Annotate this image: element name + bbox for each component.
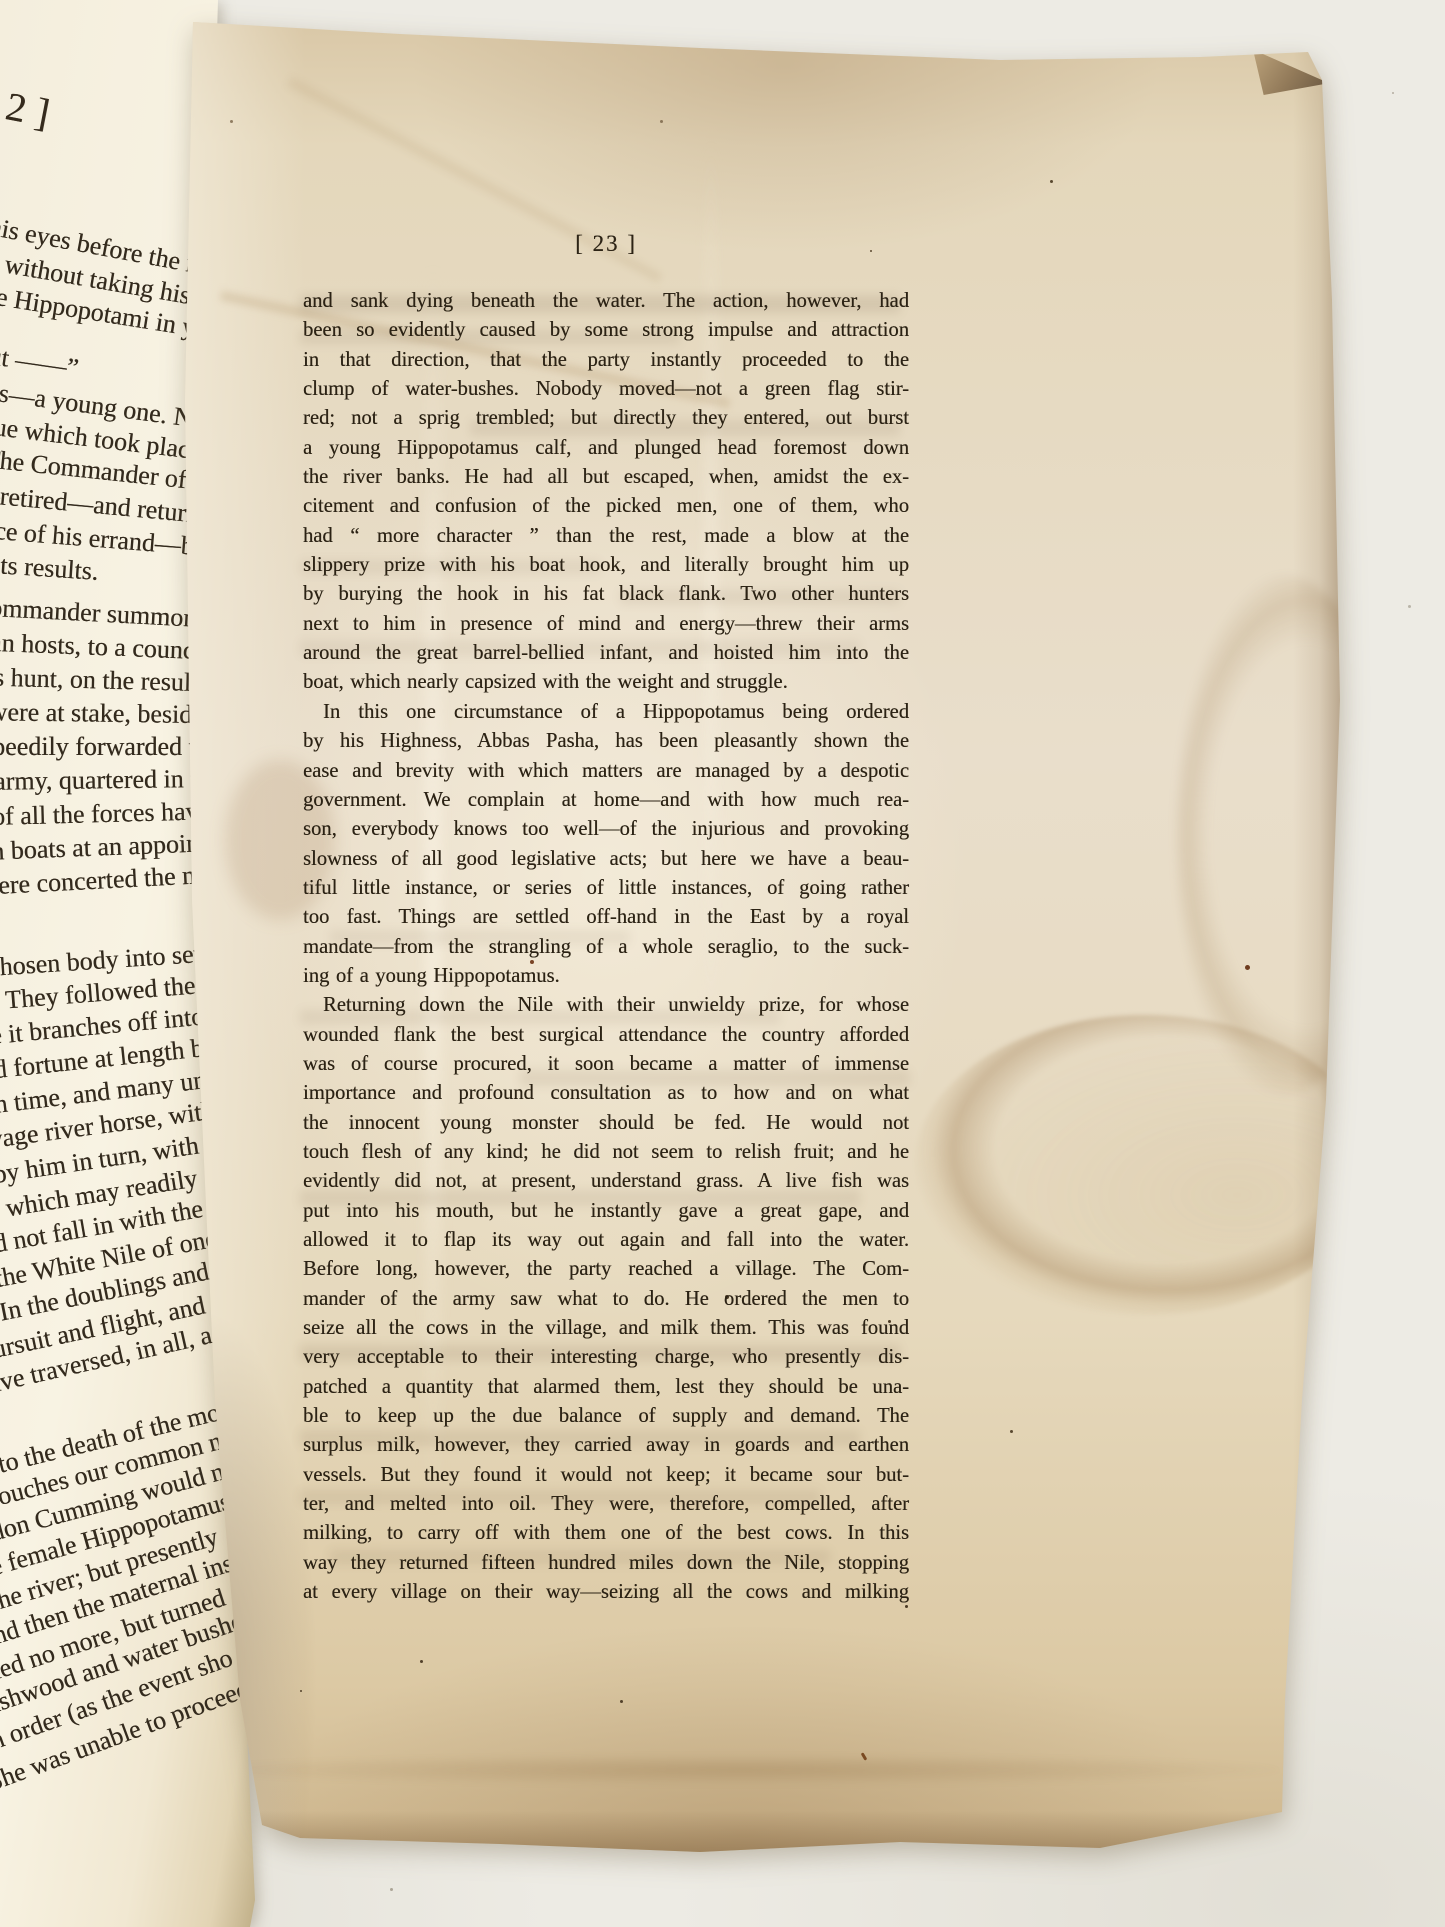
text-line: mander of the army saw what to do. He or… — [303, 1285, 909, 1314]
text-line: been so evidently caused by some strong … — [303, 316, 909, 345]
text-line: red; not a sprig trembled; but directly … — [303, 404, 909, 433]
text-line: way they returned fifteen hundred miles … — [303, 1549, 909, 1578]
text-line: slippery prize with his boat hook, and l… — [303, 551, 909, 580]
text-line: a young Hippopotamus calf, and plunged h… — [303, 434, 909, 463]
text-line: the river banks. He had all but escaped,… — [303, 463, 909, 492]
text-line: put into his mouth, but he instantly gav… — [303, 1197, 909, 1226]
text-line: very acceptable to their interesting cha… — [303, 1343, 909, 1372]
text-line: by his Highness, Abbas Pasha, has been p… — [303, 727, 909, 756]
foxing-spot — [1245, 965, 1250, 970]
text-line: around the great barrel-bellied infant, … — [303, 639, 909, 668]
text-line: was of course procured, it soon became a… — [303, 1050, 909, 1079]
text-line: tiful little instance, or series of litt… — [303, 874, 909, 903]
text-line: next to him in presence of mind and ener… — [303, 610, 909, 639]
text-line: government. We complain at home—and with… — [303, 786, 909, 815]
page-edge-shading — [1293, 43, 1343, 1833]
text-line: slowness of all good legislative acts; b… — [303, 845, 909, 874]
text-line: the innocent young monster should be fed… — [303, 1109, 909, 1138]
foxing-spot — [420, 1660, 423, 1663]
text-line: ing of a young Hippopotamus. — [303, 962, 909, 991]
page-edge-shading — [173, 1801, 1323, 1853]
text-line: allowed it to flap its way out again and… — [303, 1226, 909, 1255]
text-line: Returning down the Nile with their unwie… — [303, 991, 909, 1020]
text-line: touch flesh of any kind; he did not seem… — [303, 1138, 909, 1167]
text-line: in that direction, that the party instan… — [303, 346, 909, 375]
foxing-spot — [1010, 1430, 1013, 1433]
text-line: vessels. But they found it would not kee… — [303, 1461, 909, 1490]
page-number: [ 23 ] — [303, 231, 909, 257]
text-line: clump of water-bushes. Nobody moved—not … — [303, 375, 909, 404]
text-line: by burying the hook in his fat black fla… — [303, 580, 909, 609]
foxing-spot — [620, 1700, 623, 1703]
text-line: too fast. Things are settled off-hand in… — [303, 903, 909, 932]
text-line: surplus milk, however, they carried away… — [303, 1431, 909, 1460]
text-line: ble to keep up the due balance of supply… — [303, 1402, 909, 1431]
text-line: ease and brevity with which matters are … — [303, 757, 909, 786]
text-line: son, everybody knows too well—of the inj… — [303, 815, 909, 844]
text-line: citement and confusion of the picked men… — [303, 492, 909, 521]
page-text: and sank dying beneath the water. The ac… — [303, 287, 909, 1607]
photo-scene: 2 ] g his eyes before the royalha, witho… — [0, 0, 1445, 1927]
text-line: mandate—from the strangling of a whole s… — [303, 933, 909, 962]
text-line: importance and profound consultation as … — [303, 1079, 909, 1108]
text-line: patched a quantity that alarmed them, le… — [303, 1373, 909, 1402]
text-line: at every village on their way—seizing al… — [303, 1578, 909, 1607]
text-line: boat, which nearly capsized with the wei… — [303, 668, 909, 697]
right-page: [ 23 ] and sank dying beneath the water.… — [145, 15, 1350, 1870]
tide-line — [200, 1755, 1280, 1785]
foxing-spot — [230, 120, 233, 123]
text-line: ter, and melted into oil. They were, the… — [303, 1490, 909, 1519]
text-line: had “ more character ” than the rest, ma… — [303, 522, 909, 551]
text-line: wounded flank the best surgical attendan… — [303, 1021, 909, 1050]
text-line: In this one circumstance of a Hippopotam… — [303, 698, 909, 727]
text-line: Before long, however, the party reached … — [303, 1255, 909, 1284]
text-line: milking, to carry off with them one of t… — [303, 1519, 909, 1548]
text-line: evidently did not, at present, understan… — [303, 1167, 909, 1196]
foxing-spot — [300, 1690, 302, 1692]
foxing-spot — [660, 120, 663, 123]
text-line: seize all the cows in the village, and m… — [303, 1314, 909, 1343]
text-line: and sank dying beneath the water. The ac… — [303, 287, 909, 316]
foxing-spot — [1050, 180, 1053, 183]
